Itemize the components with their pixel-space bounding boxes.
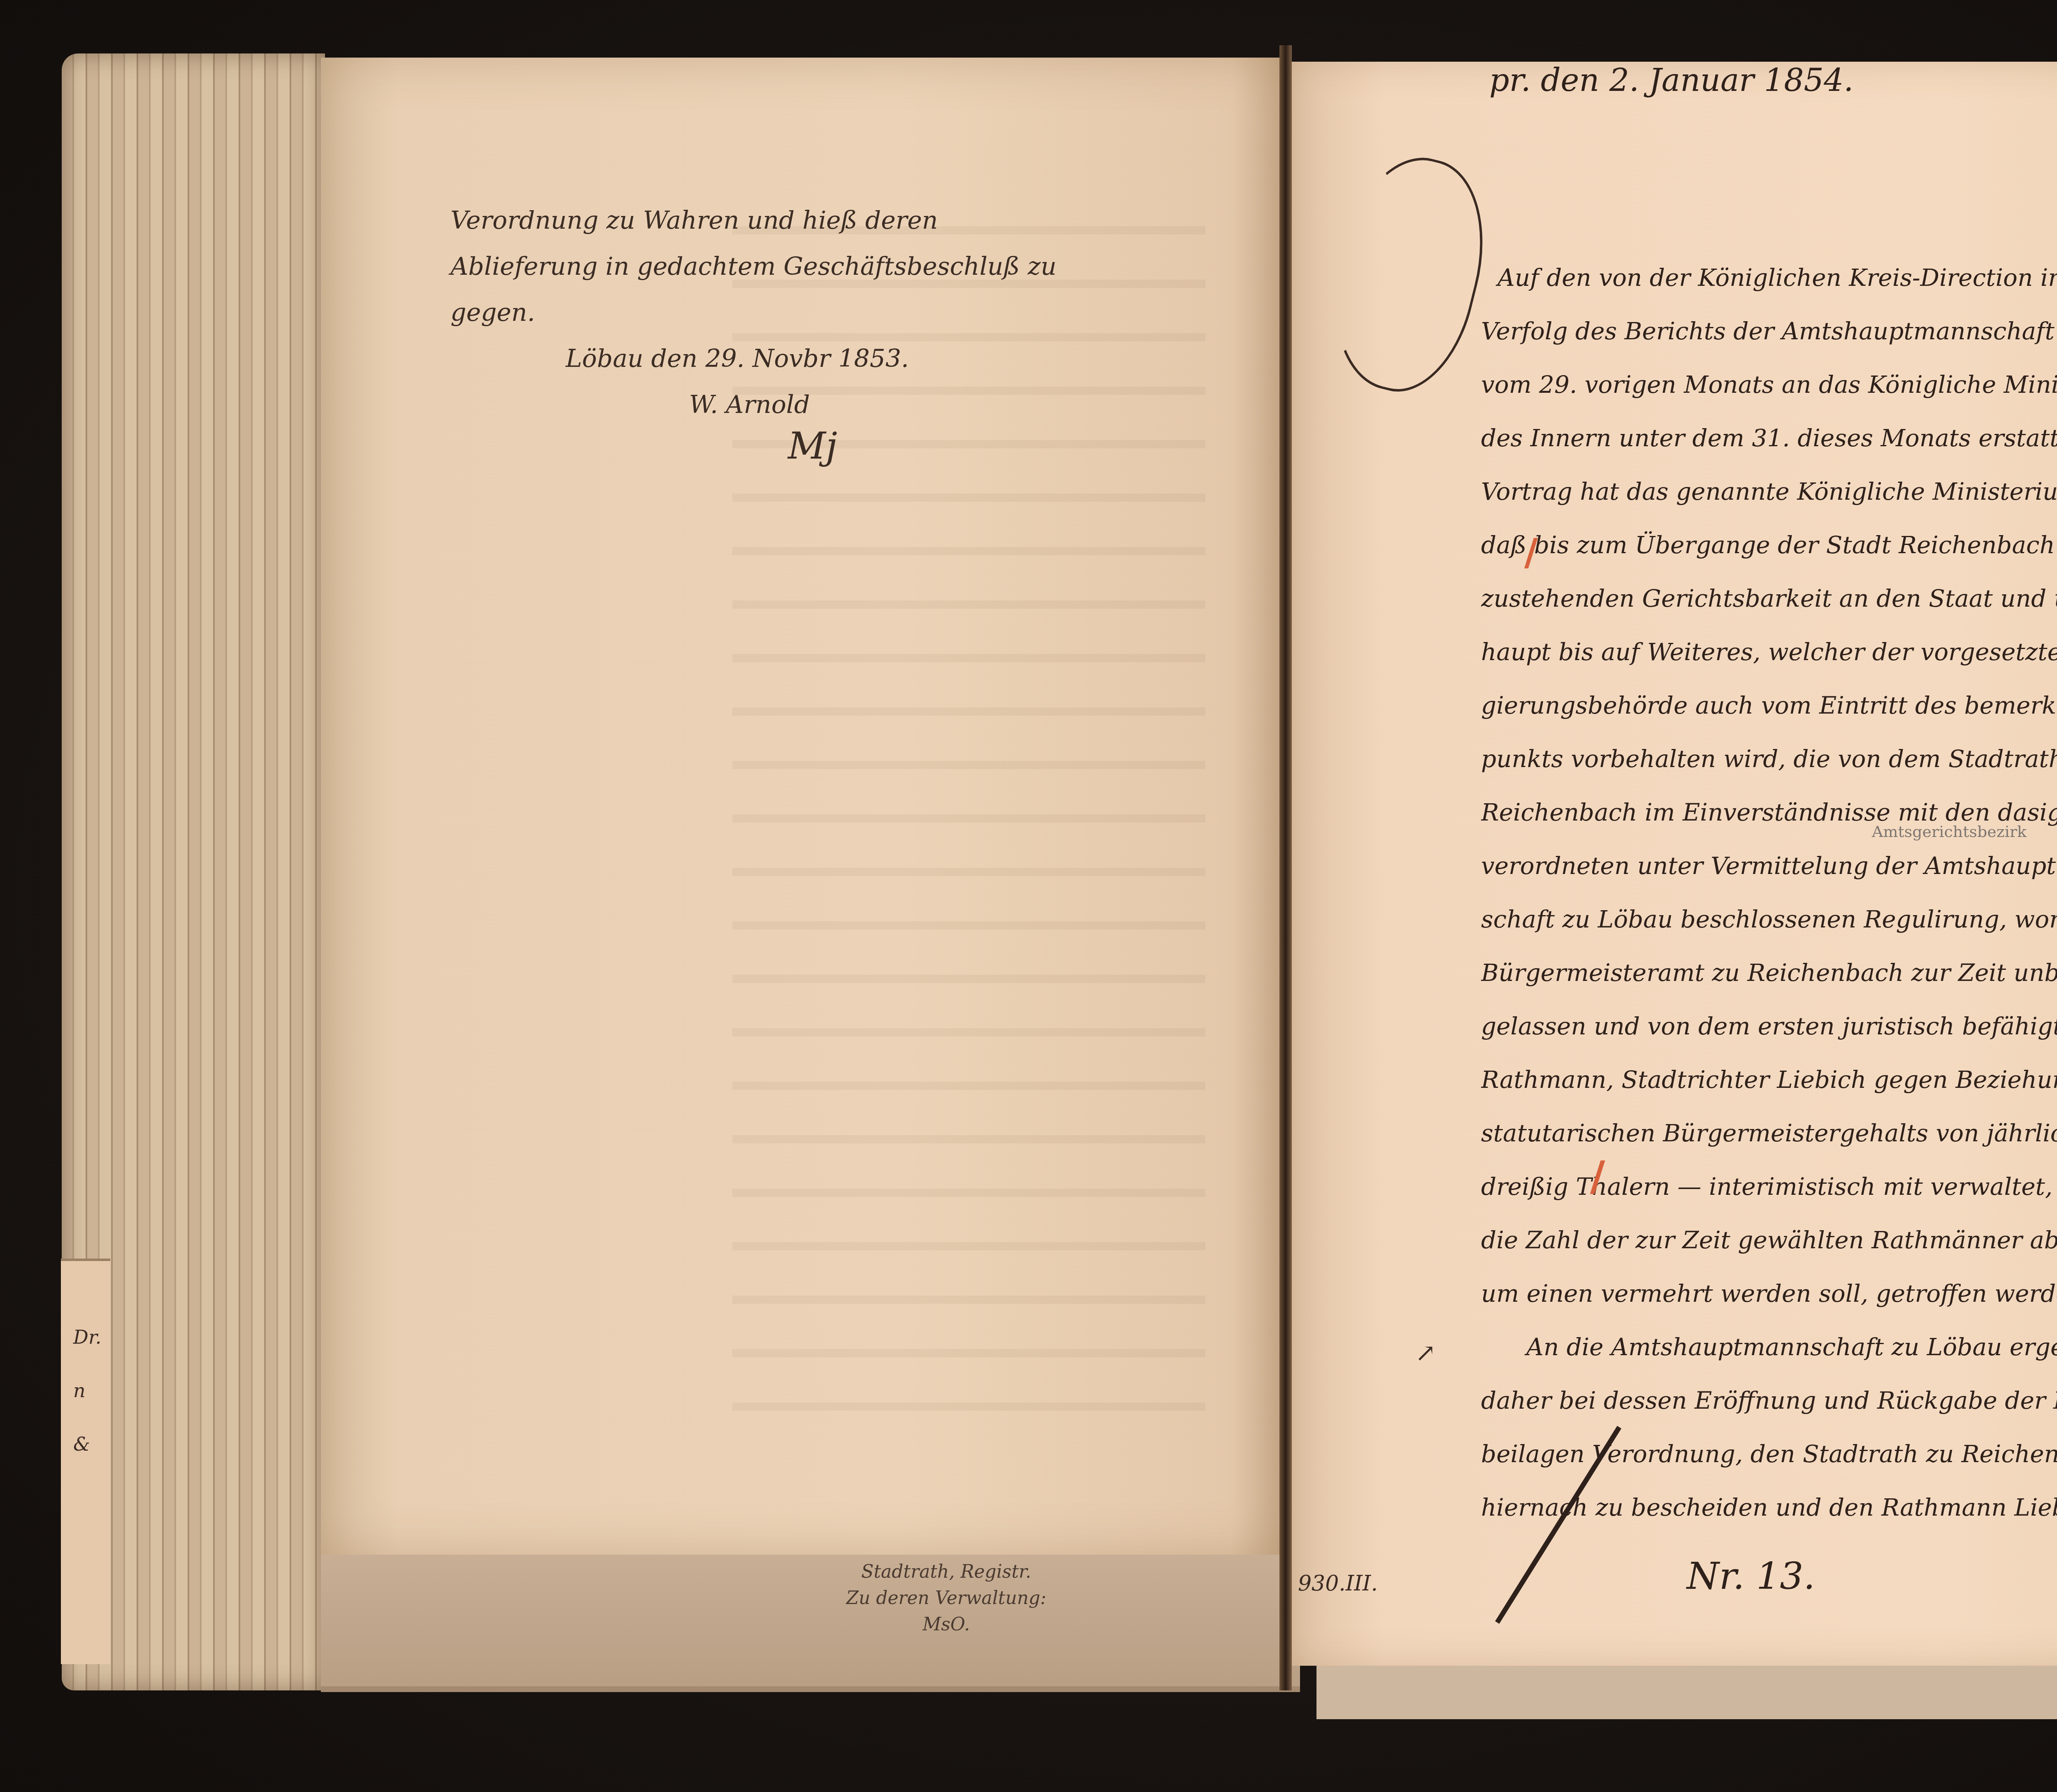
text-line: Rathmann, Stadtrichter Liebich gegen Bez… bbox=[1481, 1053, 2057, 1106]
bottom-label: Stadtrath, Registr. Zu deren Verwaltung:… bbox=[802, 1559, 1090, 1638]
paraph: Mj bbox=[450, 428, 985, 465]
text-line: Auf den von der Königlichen Kreis-Direct… bbox=[1481, 251, 2057, 304]
place-date: Löbau den 29. Novbr 1853. bbox=[450, 336, 985, 382]
text-line: gelassen und von dem ersten juristisch b… bbox=[1481, 999, 2057, 1053]
archive-number: 930.III. bbox=[1298, 1571, 1378, 1596]
text-line: dreißig Thalern — interimistisch mit ver… bbox=[1481, 1160, 2057, 1213]
signature: W. Arnold bbox=[450, 382, 985, 428]
closing-number: Nr. 13. bbox=[1687, 1555, 1815, 1598]
text-line: die Zahl der zur Zeit gewählten Rathmänn… bbox=[1481, 1213, 2057, 1267]
label-line: Zu deren Verwaltung: bbox=[802, 1585, 1090, 1611]
text-line: daher bei dessen Eröffnung und Rückgabe … bbox=[1481, 1374, 2057, 1427]
book-gutter bbox=[1279, 45, 1292, 1690]
text-line: daß bis zum Übergange der Stadt Reichenb… bbox=[1481, 518, 2057, 572]
text-line: Verordnung zu Wahren und hieß deren bbox=[450, 197, 985, 243]
receipt-date: pr. den 2. Januar 1854. bbox=[1489, 62, 1853, 98]
label-line: MsO. bbox=[802, 1611, 1090, 1638]
label-line: Stadtrath, Registr. bbox=[802, 1559, 1090, 1585]
slip-fragments: Dr. n & bbox=[73, 1310, 106, 1471]
slip-fragment: Dr. bbox=[73, 1310, 106, 1364]
margin-arrow-mark: ↗ bbox=[1415, 1339, 1436, 1368]
left-page-text: Verordnung zu Wahren und hieß deren Abli… bbox=[450, 197, 985, 465]
text-line: schaft zu Löbau beschlossenen Regulirung… bbox=[1481, 893, 2057, 946]
red-pencil-mark: / bbox=[1524, 531, 1538, 574]
text-line: haupt bis auf Weiteres, welcher der vorg… bbox=[1481, 625, 2057, 679]
text-line: gegen. bbox=[450, 290, 985, 336]
right-page-text: Auf den von der Königlichen Kreis-Direct… bbox=[1481, 251, 2057, 1534]
left-margin-slip: Dr. n & bbox=[61, 1259, 110, 1664]
text-line: gierungsbehörde auch vom Eintritt des be… bbox=[1481, 679, 2057, 732]
text-line: vom 29. vorigen Monats an das Königliche… bbox=[1481, 358, 2057, 411]
text-line: punkts vorbehalten wird, die von dem Sta… bbox=[1481, 732, 2057, 786]
text-line: des Innern unter dem 31. dieses Monats e… bbox=[1481, 411, 2057, 465]
text-line: Verfolg des Berichts der Amtshauptmannsc… bbox=[1481, 304, 2057, 358]
pencil-insertion: Amtsgerichtsbezirk bbox=[1872, 823, 2027, 841]
text-line: Ablieferung in gedachtem Geschäftsbeschl… bbox=[450, 243, 985, 290]
text-line: um einen vermehrt werden soll, getroffen… bbox=[1481, 1267, 2057, 1320]
text-line: statutarischen Bürgermeistergehalts von … bbox=[1481, 1106, 2057, 1160]
slip-fragment: n bbox=[73, 1364, 106, 1417]
red-pencil-mark: / bbox=[1590, 1152, 1605, 1200]
text-line: beilagen Verordnung, den Stadtrath zu Re… bbox=[1481, 1427, 2057, 1481]
text-line: Bürgermeisteramt zu Reichenbach zur Zeit… bbox=[1481, 946, 2057, 999]
text-line: zustehenden Gerichtsbarkeit an den Staat… bbox=[1481, 572, 2057, 625]
text-line: verordneten unter Vermittelung der Amtsh… bbox=[1481, 839, 2057, 893]
text-line: An die Amtshauptmannschaft zu Löbau erge… bbox=[1481, 1320, 2057, 1374]
text-line: Vortrag hat das genannte Königliche Mini… bbox=[1481, 465, 2057, 518]
slip-fragment: & bbox=[73, 1417, 106, 1471]
